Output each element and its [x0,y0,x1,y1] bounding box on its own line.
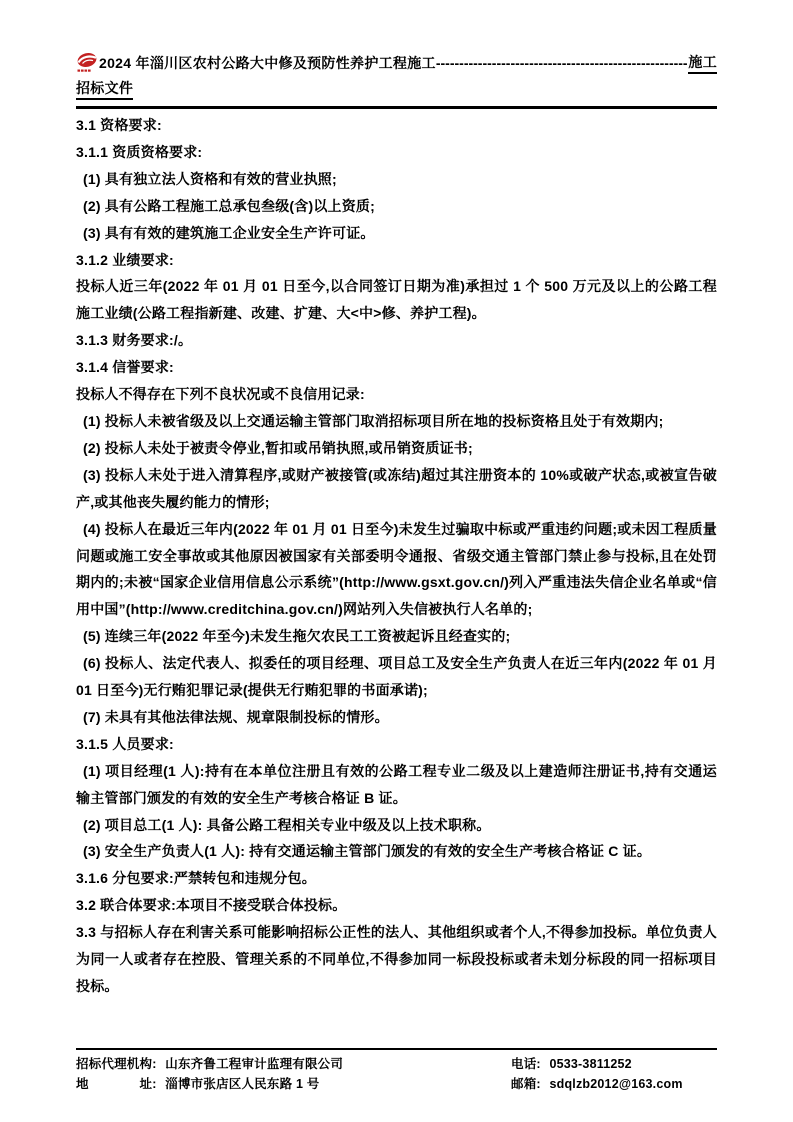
document-header: 2024 年淄川区农村公路大中修及预防性养护工程施工 -------------… [76,52,717,109]
project-title: 2024 年淄川区农村公路大中修及预防性养护工程施工 [99,53,436,73]
footer-row-2: 地 址: 淄博市张店区人民东路 1 号 邮箱: sdqlzb2012@163.c… [76,1074,717,1094]
paragraph: 投标人不得存在下列不良状况或不良信用记录: [76,381,717,408]
paragraph: 投标人近三年(2022 年 01 月 01 日至今,以合同签订日期为准)承担过 … [76,273,717,327]
agency-label: 招标代理机构: [76,1057,157,1071]
section-heading: 3.1.6 分包要求:严禁转包和违规分包。 [76,865,717,892]
section-heading: 3.1.5 人员要求: [76,731,717,758]
section-heading: 3.1 资格要求: [76,112,717,139]
header-title-line2: 招标文件 [76,78,717,100]
list-item: (5) 连续三年(2022 年至今)未发生拖欠农民工工资被起诉且经查实的; [76,623,717,650]
section-heading: 3.1.2 业绩要求: [76,247,717,274]
footer-row-1: 招标代理机构: 山东齐鲁工程审计监理有限公司 电话: 0533-3811252 [76,1054,717,1074]
agency-name: 山东齐鲁工程审计监理有限公司 [165,1057,343,1071]
list-item: (1) 投标人未被省级及以上交通运输主管部门取消招标项目所在地的投标资格且处于有… [76,408,717,435]
list-item: (1) 项目经理(1 人):持有在本单位注册且有效的公路工程专业二级及以上建造师… [76,758,717,812]
phone-number: 0533-3811252 [549,1057,631,1071]
address-label: 地 址: [76,1077,157,1091]
list-item: (7) 未具有其他法律法规、规章限制投标的情形。 [76,704,717,731]
section-heading: 3.1.3 财务要求:/。 [76,327,717,354]
document-body: 3.1 资格要求: 3.1.1 资质资格要求: (1) 具有独立法人资格和有效的… [76,109,717,1000]
address-field: 地 址: 淄博市张店区人民东路 1 号 [76,1074,511,1094]
email-label: 邮箱: [511,1077,541,1091]
phone-field: 电话: 0533-3811252 [511,1054,717,1074]
section-heading: 3.1.4 信誉要求: [76,354,717,381]
list-item: (3) 投标人未处于进入清算程序,或财产被接管(或冻结)超过其注册资本的 10%… [76,462,717,516]
agency-field: 招标代理机构: 山东齐鲁工程审计监理有限公司 [76,1054,511,1074]
list-item: (2) 具有公路工程施工总承包叁级(含)以上资质; [76,193,717,220]
email-field: 邮箱: sdqlzb2012@163.com [511,1074,717,1094]
phone-label: 电话: [511,1057,541,1071]
paragraph: 3.3 与招标人存在利害关系可能影响招标公正性的法人、其他组织或者个人,不得参加… [76,919,717,1000]
email-value: sdqlzb2012@163.com [549,1077,682,1091]
list-item: (6) 投标人、法定代表人、拟委任的项目经理、项目总工及安全生产负责人在近三年内… [76,650,717,704]
document-footer: 招标代理机构: 山东齐鲁工程审计监理有限公司 电话: 0533-3811252 … [76,1048,717,1094]
list-item: (1) 具有独立法人资格和有效的营业执照; [76,166,717,193]
title-suffix: 施工 [688,52,717,74]
agency-logo-icon [76,52,98,73]
list-item: (4) 投标人在最近三年内(2022 年 01 月 01 日至今)未发生过骗取中… [76,516,717,624]
list-item: (3) 安全生产负责人(1 人): 持有交通运输主管部门颁发的有效的安全生产考核… [76,838,717,865]
title-dash-fill: ----------------------------------------… [436,55,689,71]
document-page: 2024 年淄川区农村公路大中修及预防性养护工程施工 -------------… [0,0,793,1122]
list-item: (2) 投标人未处于被责令停业,暂扣或吊销执照,或吊销资质证书; [76,435,717,462]
address-value: 淄博市张店区人民东路 1 号 [165,1077,319,1091]
list-item: (3) 具有有效的建筑施工企业安全生产许可证。 [76,220,717,247]
document-type-label: 招标文件 [76,78,133,100]
section-heading: 3.2 联合体要求:本项目不接受联合体投标。 [76,892,717,919]
list-item: (2) 项目总工(1 人): 具备公路工程相关专业中级及以上技术职称。 [76,812,717,839]
section-heading: 3.1.1 资质资格要求: [76,139,717,166]
header-title-line1: 2024 年淄川区农村公路大中修及预防性养护工程施工 -------------… [76,52,717,74]
